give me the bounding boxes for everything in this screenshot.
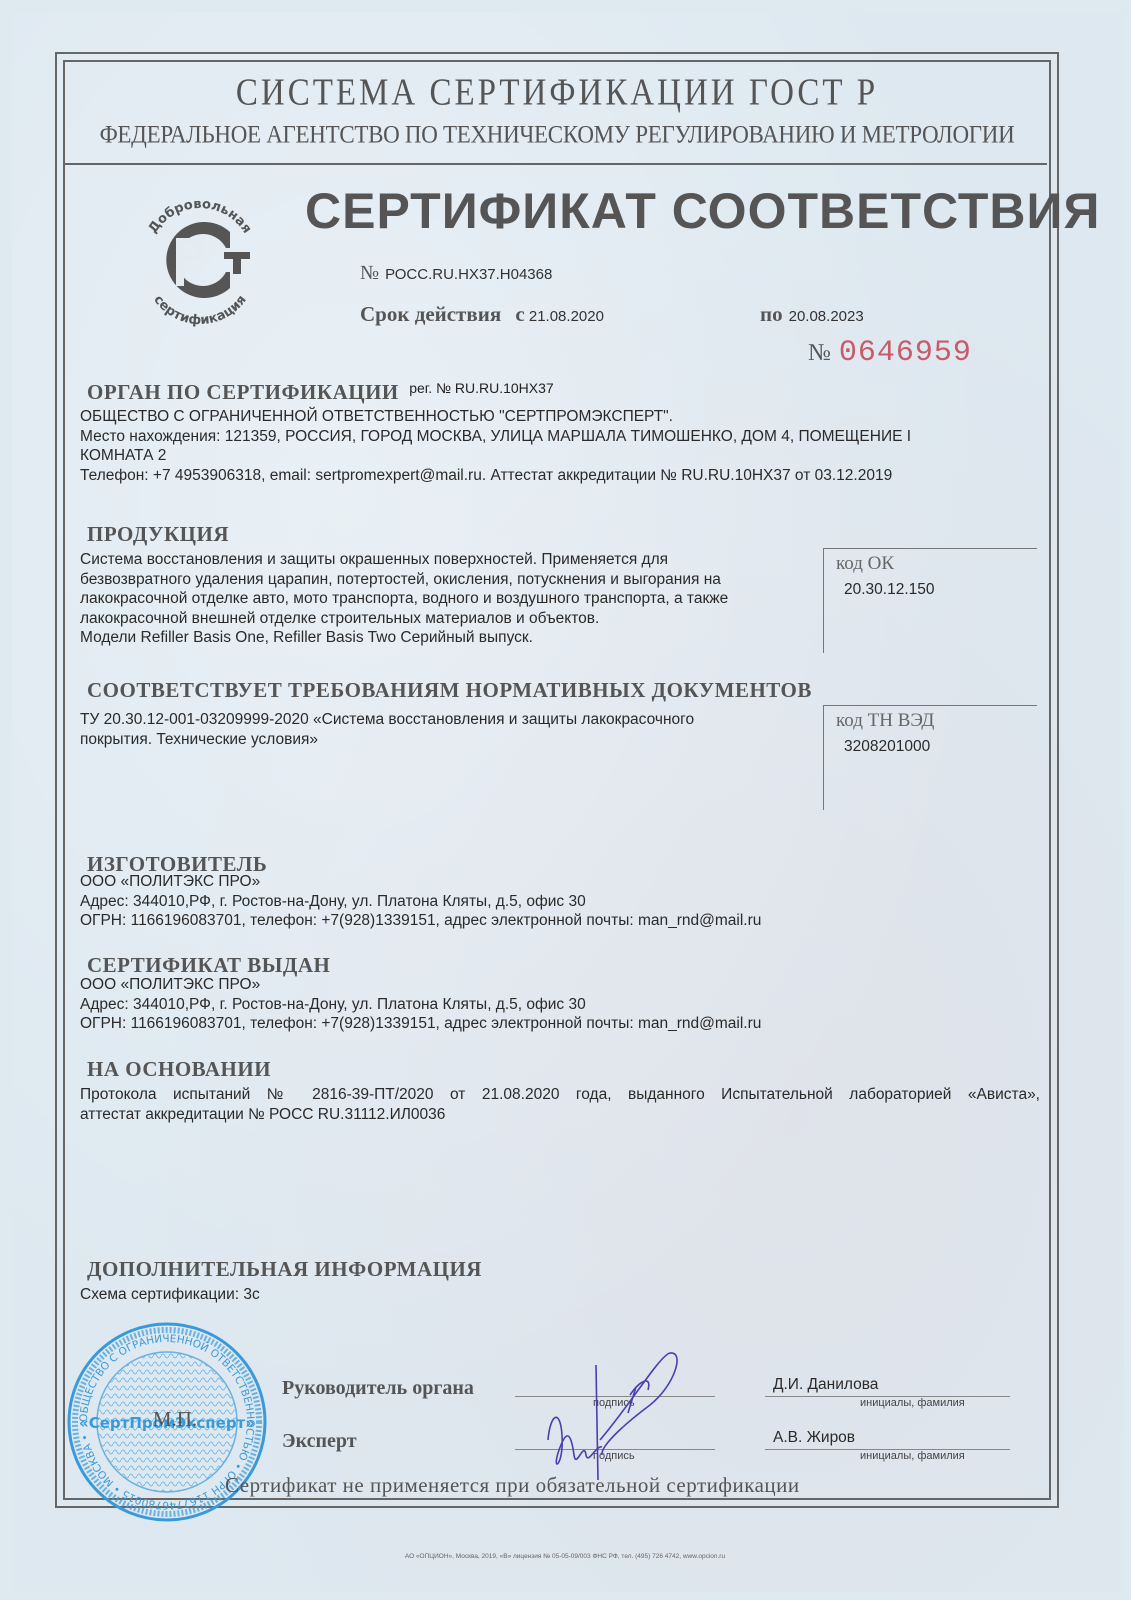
- blank-number-value: 0646959: [839, 336, 972, 370]
- rst-logo-icon: Добровольная сертификация: [130, 190, 270, 330]
- certification-scheme: Схема сертификации: 3с: [80, 1285, 260, 1305]
- tnved-code-label: код ТН ВЭД: [836, 710, 1037, 732]
- ok-code-value: 20.30.12.150: [844, 581, 1037, 599]
- document-title: СЕРТИФИКАТ СООТВЕТСТВИЯ: [305, 182, 1100, 240]
- header-divider: [65, 163, 1047, 165]
- issued-to-address: Адрес: 344010,РФ, г. Ростов-на-Дону, ул.…: [80, 995, 1045, 1015]
- certificate-number: №РОСС.RU.НХ37.Н04368: [360, 262, 552, 285]
- head-name: Д.И. Данилова: [773, 1375, 878, 1395]
- manufacturer-address: Адрес: 344010,РФ, г. Ростов-на-Дону, ул.…: [80, 892, 1045, 912]
- issued-to-details: ООО «ПОЛИТЭКС ПРО» Адрес: 344010,РФ, г. …: [80, 975, 1045, 1034]
- certification-body-details: ОБЩЕСТВО С ОГРАНИЧЕННОЙ ОТВЕТСТВЕННОСТЬЮ…: [80, 407, 1045, 485]
- validity-label: Срок действия: [360, 302, 501, 326]
- expert-name-caption: инициалы, фамилия: [860, 1450, 965, 1462]
- additional-heading: ДОПОЛНИТЕЛЬНАЯ ИНФОРМАЦИЯ: [87, 1257, 482, 1282]
- head-label: Руководитель органа: [282, 1377, 474, 1400]
- basis-details: Протокола испытаний № 2816-39-ПТ/2020 от…: [80, 1085, 1040, 1124]
- product-heading: ПРОДУКЦИЯ: [87, 522, 229, 547]
- product-line: лакокрасочной внешней отделке строительн…: [80, 609, 810, 629]
- certification-body-address: Место нахождения: 121359, РОССИЯ, ГОРОД …: [80, 427, 1045, 447]
- compliance-documents: ТУ 20.30.12-001-03209999-2020 «Система в…: [80, 710, 810, 749]
- handwritten-signature-icon: [540, 1345, 690, 1485]
- ok-code-label: код ОК: [836, 553, 1037, 575]
- from-label: с: [515, 302, 524, 326]
- product-line: Модели Refiller Basis One, Refiller Basi…: [80, 628, 810, 648]
- compliance-heading: СООТВЕТСТВУЕТ ТРЕБОВАНИЯМ НОРМАТИВНЫХ ДО…: [87, 678, 812, 703]
- manufacturer-name: ООО «ПОЛИТЭКС ПРО»: [80, 872, 1045, 892]
- valid-to-value: 20.08.2023: [789, 308, 864, 325]
- certification-body-contacts: Телефон: +7 4953906318, email: sertprome…: [80, 466, 1045, 486]
- issued-to-name: ООО «ПОЛИТЭКС ПРО»: [80, 975, 1045, 995]
- product-line: Система восстановления и защиты окрашенн…: [80, 550, 810, 570]
- number-sign: №: [360, 262, 379, 284]
- svg-text:сертификация: сертификация: [150, 293, 249, 329]
- product-line: лакокрасочной отделке авто, мото транспо…: [80, 589, 810, 609]
- manufacturer-details: ООО «ПОЛИТЭКС ПРО» Адрес: 344010,РФ, г. …: [80, 872, 1045, 931]
- issued-to-contacts: ОГРН: 1166196083701, телефон: +7(928)133…: [80, 1014, 1045, 1034]
- product-line: безвозвратного удаления царапин, потерто…: [80, 570, 810, 590]
- certification-body-heading: ОРГАН ПО СЕРТИФИКАЦИИ: [87, 380, 399, 404]
- basis-heading: НА ОСНОВАНИИ: [87, 1057, 271, 1082]
- blank-number-sign: №: [808, 340, 831, 366]
- basis-line-2: аттестат аккредитации № РОСС RU.31112.ИЛ…: [80, 1105, 1040, 1125]
- validity-to: по20.08.2023: [760, 302, 864, 327]
- compliance-line: покрытия. Технические условия»: [80, 730, 810, 750]
- agency-name: ФЕДЕРАЛЬНОЕ АГЕНТСТВО ПО ТЕХНИЧЕСКОМУ РЕ…: [63, 121, 1051, 150]
- certification-body-name: ОБЩЕСТВО С ОГРАНИЧЕННОЙ ОТВЕТСТВЕННОСТЬЮ…: [80, 407, 1045, 427]
- tnved-code-value: 3208201000: [844, 738, 1037, 756]
- mp-label: М.П.: [153, 1407, 197, 1431]
- logo-bottom-text: сертификация: [150, 293, 249, 329]
- head-name-caption: инициалы, фамилия: [860, 1397, 965, 1409]
- tnved-code-box: код ТН ВЭД 3208201000: [823, 705, 1037, 810]
- validity-from: Срок действия с 21.08.2020: [360, 302, 604, 327]
- system-title: СИСТЕМА СЕРТИФИКАЦИИ ГОСТ Р: [63, 72, 1051, 115]
- certification-body-address-2: КОМНАТА 2: [80, 446, 1045, 466]
- footer-note: Сертификат не применяется при обязательн…: [225, 1473, 800, 1498]
- certificate-number-value: РОСС.RU.НХ37.Н04368: [385, 266, 552, 283]
- printer-info: АО «ОПЦИОН», Москва, 2019, «В» лицензия …: [330, 1553, 800, 1560]
- compliance-line: ТУ 20.30.12-001-03209999-2020 «Система в…: [80, 710, 810, 730]
- certification-body-heading-row: ОРГАН ПО СЕРТИФИКАЦИИ рег. № RU.RU.10НХ3…: [87, 380, 554, 405]
- valid-from-value: 21.08.2020: [529, 308, 604, 325]
- certification-body-reg: рег. № RU.RU.10НХ37: [409, 380, 553, 396]
- manufacturer-contacts: ОГРН: 1166196083701, телефон: +7(928)133…: [80, 911, 1045, 931]
- product-description: Система восстановления и защиты окрашенн…: [80, 550, 810, 648]
- expert-name: А.В. Жиров: [773, 1428, 855, 1448]
- basis-line-1: Протокола испытаний № 2816-39-ПТ/2020 от…: [80, 1085, 1040, 1105]
- ok-code-box: код ОК 20.30.12.150: [823, 548, 1037, 653]
- expert-label: Эксперт: [282, 1430, 357, 1453]
- blank-number: №0646959: [808, 336, 972, 370]
- to-label: по: [760, 302, 783, 326]
